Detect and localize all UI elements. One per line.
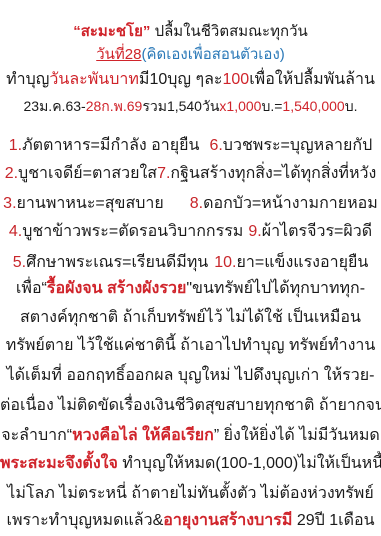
merit-number: 5. bbox=[13, 254, 26, 271]
body-line-9: เพราะทำบุญหมดแล้ว&อายุงานสร้างบารมี 29ปี… bbox=[0, 513, 381, 529]
intro-highlight: วันละพันบาท bbox=[49, 71, 139, 88]
body-text: ทรัพย์ตาย ไว้ใช้แค่ชาตินี้ ถ้าเอาไปทำบุญ… bbox=[6, 337, 376, 354]
date-range-end: 28ก.พ.69 bbox=[86, 98, 143, 114]
merit-number: 10. bbox=[214, 254, 236, 271]
body-highlight: หวงคือไล่ ให้คือเรียก bbox=[72, 427, 214, 444]
merit-number: 7. bbox=[157, 165, 170, 182]
merit-number: 2. bbox=[5, 165, 18, 182]
merit-text: บวชพระ=บุญหลายกัป bbox=[223, 137, 372, 154]
intro-text: มี10บุญ ๆละ bbox=[139, 71, 223, 88]
merit-number: 3. bbox=[3, 195, 16, 212]
body-line-2: สตางค์ทุกชาติ ถ้าเก็บทรัพย์ไว้ ไม่ได้ใช้… bbox=[0, 310, 381, 326]
intro-line-2: 23ม.ค.63-28ก.พ.69รวม1,540วันx1,000บ.=1,5… bbox=[0, 99, 381, 113]
merit-text: ยา=แข็งแรงอายุยืน bbox=[236, 254, 368, 271]
intro-text: เพื่อให้ปลื้มพันล้าน bbox=[249, 71, 375, 88]
merit-text: บูชาเจดีย์=ตาสวยใส bbox=[18, 165, 157, 182]
intro-line-1: ทำบุญวันละพันบาทมี10บุญ ๆละ100เพื่อให้ปล… bbox=[0, 72, 381, 88]
date-range-start: 23ม.ค.63- bbox=[24, 98, 86, 114]
merit-number: 8. bbox=[190, 195, 203, 212]
body-highlight: พระสะมะจึงตั้งใจ bbox=[0, 455, 118, 472]
body-text: "ขนทรัพย์ไปได้ทุกบาททุก- bbox=[186, 280, 365, 297]
merit-number: 9. bbox=[248, 223, 261, 240]
merit-row-1: 1.ภัตตาหาร=มีกำลัง อายุยืน6.บวชพระ=บุญหล… bbox=[0, 138, 381, 154]
merit-row-4: 4.บูชาข้าวพระ=ตัดรอนวิบากกรรม9.ผ้าไตรจีว… bbox=[0, 224, 381, 240]
day-label: วันที่28 bbox=[96, 46, 141, 63]
intro-text: ทำบุญ bbox=[6, 71, 49, 88]
multiplier: x1,000 bbox=[219, 98, 261, 114]
merit-text: ภัตตาหาร=มีกำลัง อายุยืน bbox=[22, 137, 199, 154]
merit-text: กฐินสร้างทุกสิ่ง=ได้ทุกสิ่งที่หวัง bbox=[170, 165, 376, 182]
body-highlight: รื้อผังจน สร้างผังรวย bbox=[47, 280, 186, 297]
total-amount: 1,540,000 bbox=[282, 98, 344, 114]
title-quote: “สะมะชโย” bbox=[73, 23, 150, 40]
body-text: ” ยิ่งให้ยิ่งได้ ไม่มีวันหมด bbox=[214, 427, 380, 444]
title-line: “สะมะชโย” ปลื้มในชีวิตสมณะทุกวัน bbox=[0, 24, 381, 39]
merit-text: ผ้าไตรจีวร=ผิวดี bbox=[262, 223, 372, 240]
merit-row-3: 3.ยานพาหนะ=สุขสบาย8.ดอกบัว=หน้างามกายหอม bbox=[0, 196, 381, 212]
title-text: ปลื้มในชีวิตสมณะทุกวัน bbox=[150, 23, 307, 40]
merit-text: ยานพาหนะ=สุขสบาย bbox=[17, 195, 164, 212]
body-highlight: อายุงานสร้างบารมี bbox=[163, 512, 292, 529]
total-days: รวม1,540วัน bbox=[142, 98, 219, 114]
merit-text: บูชาข้าวพระ=ตัดรอนวิบากกรรม bbox=[22, 223, 243, 240]
body-text: สตางค์ทุกชาติ ถ้าเก็บทรัพย์ไว้ ไม่ได้ใช้… bbox=[20, 309, 361, 326]
body-text: 29ปี 1เดือน bbox=[292, 512, 374, 529]
merit-text: ศึกษาพระเณร=เรียนดีมีทุน bbox=[26, 254, 208, 271]
body-line-5: ต่อเนื่อง ไม่ติดขัดเรื่องเงินชีวิตสุขสบา… bbox=[0, 398, 381, 414]
body-line-8: ไม่โลภ ไม่ตระหนี่ ถ้าตายไม่ทันตั้งตัว ไม… bbox=[0, 486, 381, 502]
merit-text: ดอกบัว=หน้างามกายหอม bbox=[203, 195, 378, 212]
merit-number: 6. bbox=[209, 137, 222, 154]
body-text: เพราะทำบุญหมดแล้ว& bbox=[6, 512, 163, 529]
day-line: วันที่28(คิดเองเพื่อสอนตัวเอง) bbox=[0, 47, 381, 62]
body-line-1: เพื่อ“รื้อผังจน สร้างผังรวย"ขนทรัพย์ไปได… bbox=[0, 281, 381, 297]
currency-unit: บ. bbox=[345, 98, 358, 114]
body-text: เพื่อ“ bbox=[16, 280, 47, 297]
merit-row-5: 5.ศึกษาพระเณร=เรียนดีมีทุน10.ยา=แข็งแรงอ… bbox=[0, 255, 381, 271]
body-text: ต่อเนื่อง ไม่ติดขัดเรื่องเงินชีวิตสุขสบา… bbox=[0, 397, 381, 414]
intro-highlight: 100 bbox=[223, 71, 250, 88]
body-text: ไม่โลภ ไม่ตระหนี่ ถ้าตายไม่ทันตั้งตัว ไม… bbox=[7, 485, 373, 502]
body-line-3: ทรัพย์ตาย ไว้ใช้แค่ชาตินี้ ถ้าเอาไปทำบุญ… bbox=[0, 338, 381, 354]
merit-number: 1. bbox=[9, 137, 22, 154]
body-line-7: พระสะมะจึงตั้งใจ ทำบุญให้หมด(100-1,000)ไ… bbox=[0, 456, 381, 472]
equals: บ.= bbox=[261, 98, 282, 114]
merit-row-2: 2.บูชาเจดีย์=ตาสวยใส7.กฐินสร้างทุกสิ่ง=ไ… bbox=[0, 166, 381, 182]
body-line-6: จะลำบาก“หวงคือไล่ ให้คือเรียก” ยิ่งให้ยิ… bbox=[0, 428, 381, 444]
day-subtitle: (คิดเองเพื่อสอนตัวเอง) bbox=[141, 46, 284, 63]
merit-number: 4. bbox=[9, 223, 22, 240]
body-line-4: ได้เต็มที่ ออกฤทธิ์ออกผล บุญใหม่ ไปดึงบุ… bbox=[0, 368, 381, 384]
body-text: จะลำบาก“ bbox=[1, 427, 72, 444]
body-text: ได้เต็มที่ ออกฤทธิ์ออกผล บุญใหม่ ไปดึงบุ… bbox=[7, 367, 375, 384]
body-text: ทำบุญให้หมด(100-1,000)ไม่ให้เป็นหนี้ bbox=[118, 455, 381, 472]
